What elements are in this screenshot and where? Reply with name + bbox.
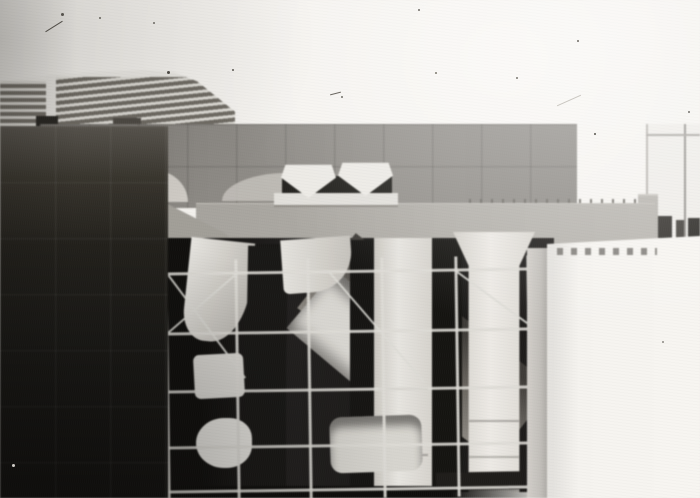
tile-dash-band <box>557 248 657 255</box>
cage-rail-horizontal <box>160 385 536 393</box>
concrete-pillar <box>527 248 549 498</box>
cage-bar-vertical <box>454 256 460 496</box>
photo-scene <box>0 0 700 498</box>
building-frame-line <box>646 134 700 136</box>
cage-bar-vertical <box>380 257 386 497</box>
cage-diagonal-brace <box>328 271 425 383</box>
dark-tiled-wall <box>0 126 168 498</box>
cage-rail-horizontal <box>159 267 535 275</box>
cage-bar-vertical <box>234 260 240 498</box>
building-frame-line <box>684 124 686 238</box>
cage-diagonal-brace <box>456 271 534 329</box>
cage-bar-vertical <box>306 259 312 498</box>
dark-opening <box>688 218 700 238</box>
cage-rail-horizontal <box>159 327 535 335</box>
rooftop-photograph <box>0 0 700 498</box>
vent-ledge <box>274 193 398 207</box>
metal-grid-cage <box>158 255 537 498</box>
cage-diagonal-brace <box>167 271 239 334</box>
bright-white-wall <box>547 236 700 498</box>
cage-rail-horizontal <box>162 485 538 493</box>
dark-opening <box>676 220 684 238</box>
cage-rail-horizontal <box>161 441 537 449</box>
